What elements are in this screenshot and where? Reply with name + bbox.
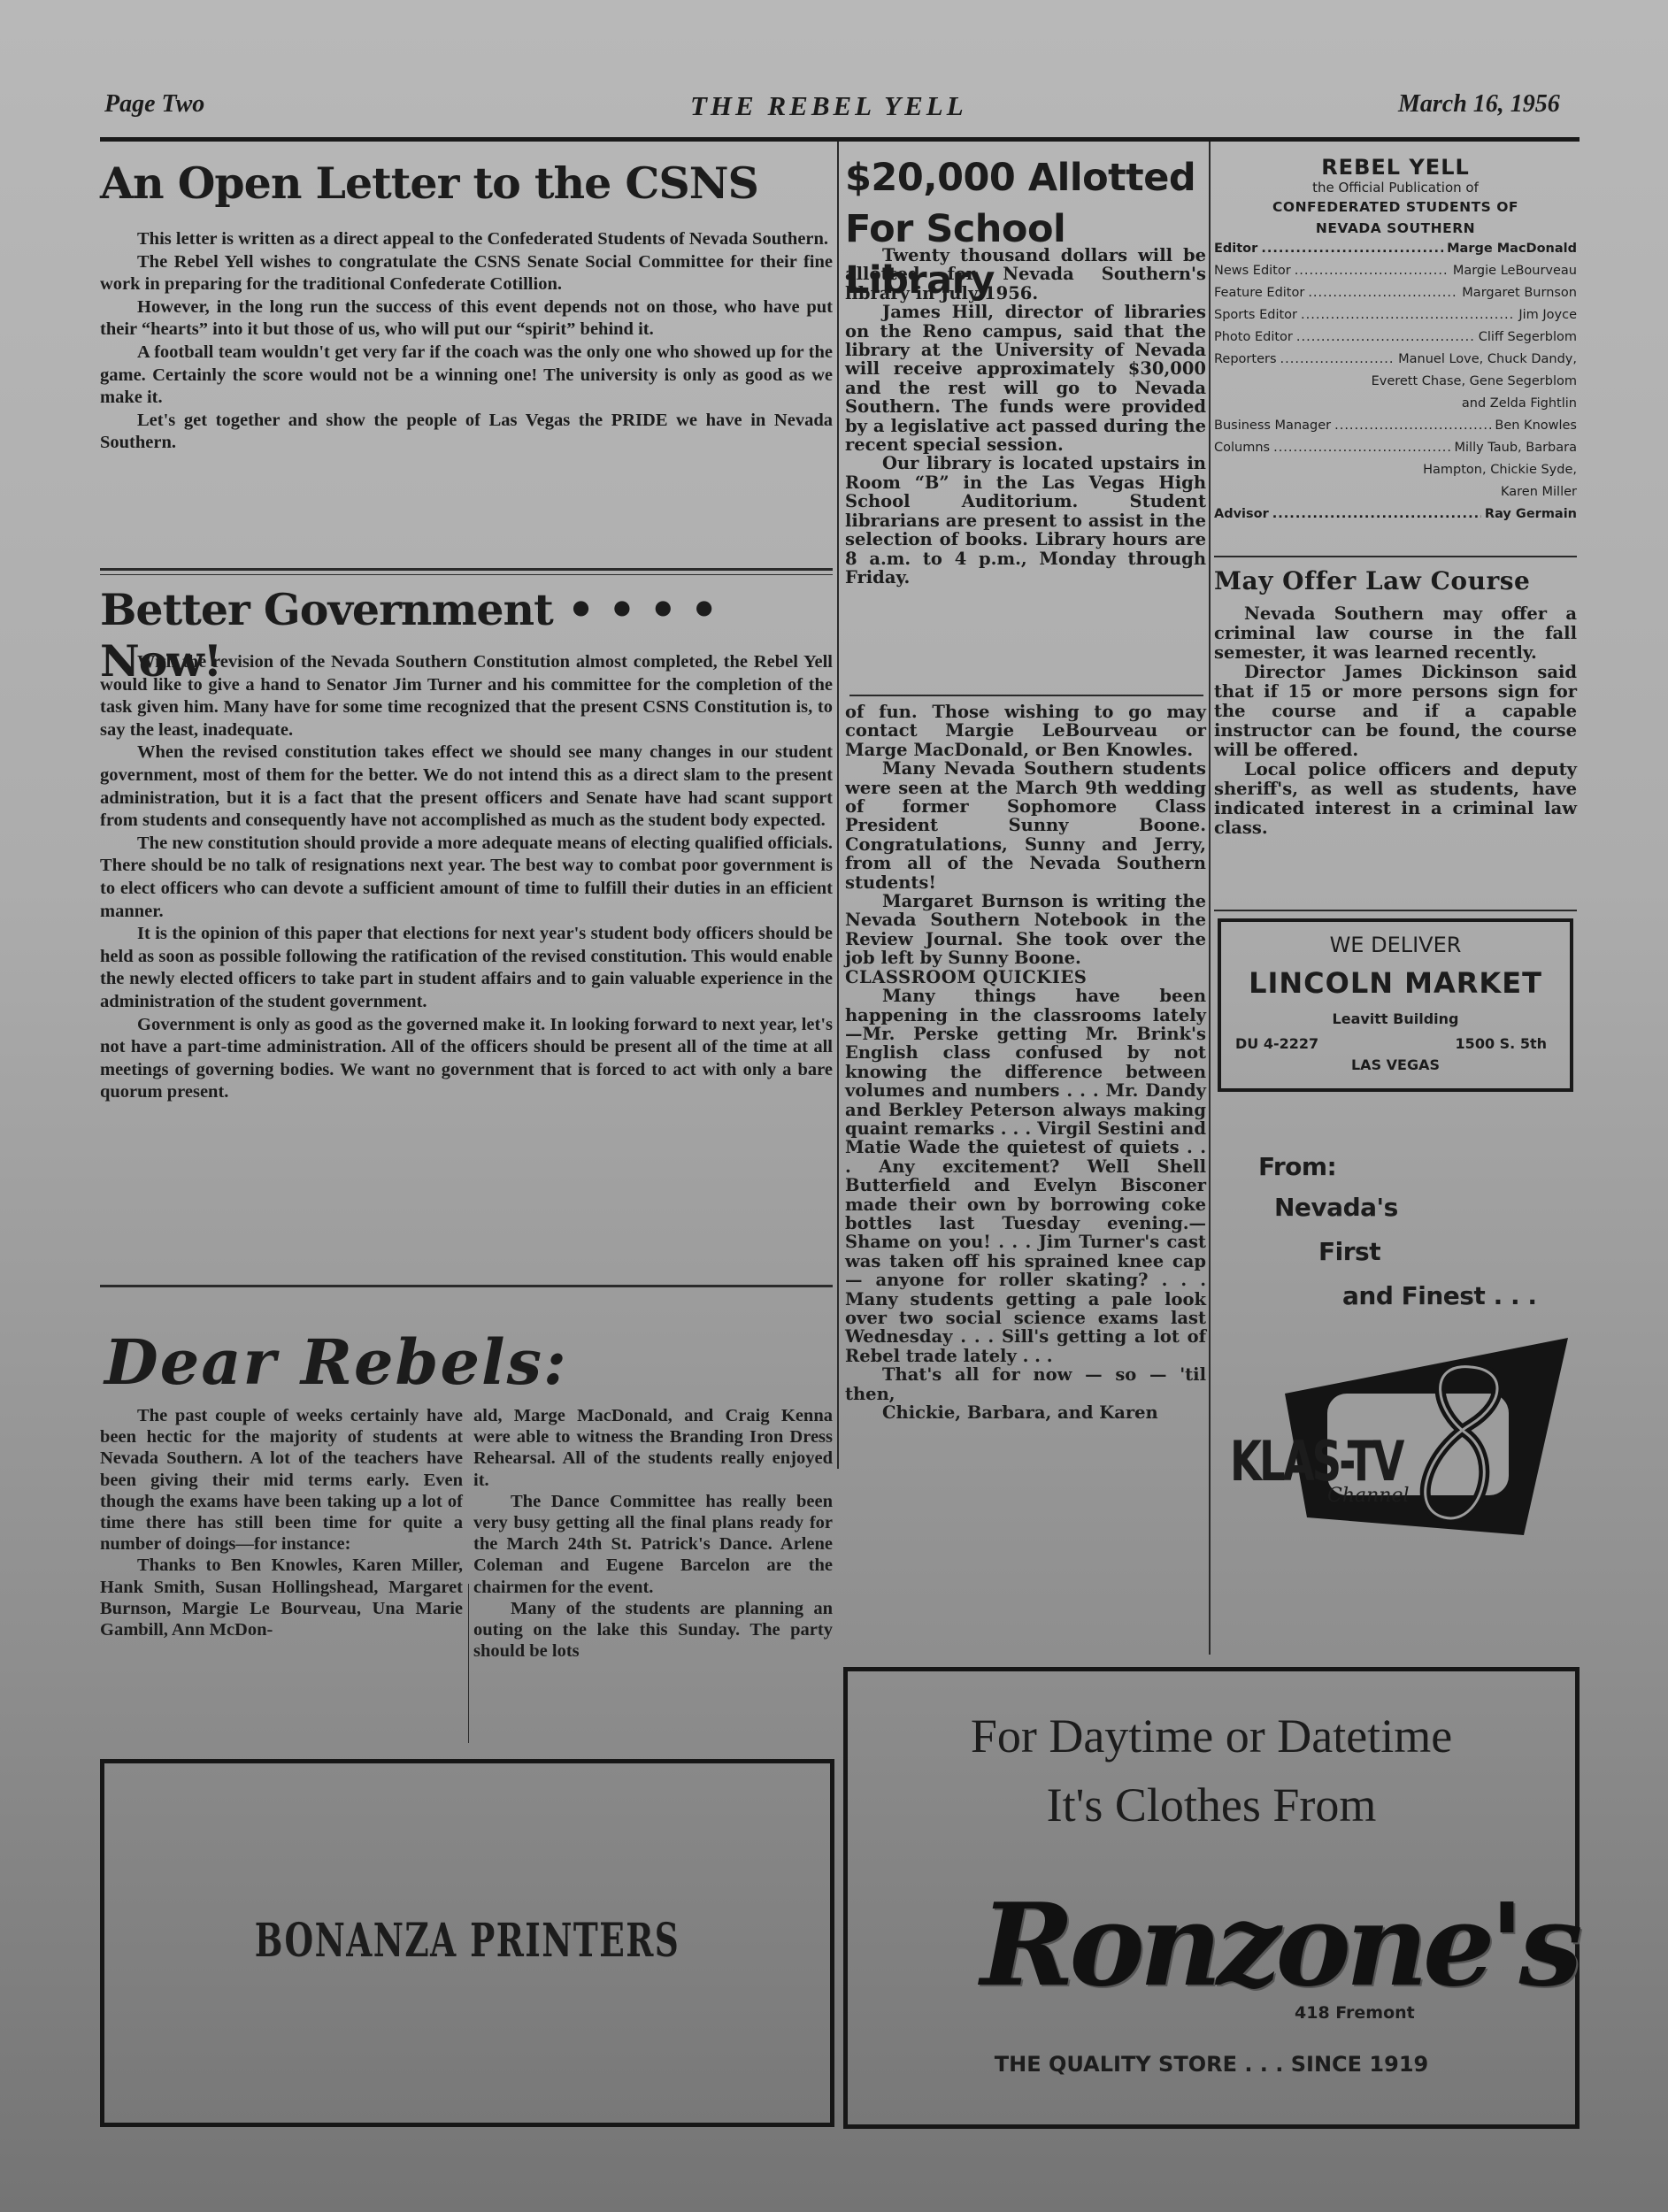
section-rule [100,1285,833,1287]
staff-continuation: Karen Miller [1214,481,1577,503]
dear-rebels-col2: ald, Marge MacDonald, and Craig Kenna we… [473,1405,833,1662]
paragraph: Let's get together and show the people o… [100,410,833,455]
paragraph: Margaret Burnson is writing the Nevada S… [845,892,1206,968]
paragraph: Twenty thousand dollars will be allotted… [845,246,1206,303]
ad-tagline: It's Clothes From [848,1778,1575,1832]
leader-dots [1295,260,1449,282]
paragraph: When the revised constitution takes effe… [100,741,833,832]
header-rule [100,137,1580,142]
ad-address: 1500 S. 5th [1456,1035,1547,1052]
article-open-letter: This letter is written as a direct appea… [100,228,833,455]
paragraph: This letter is written as a direct appea… [100,228,833,251]
section-rule [1214,910,1577,911]
paragraph: Director James Dickinson said that if 15… [1214,663,1577,760]
paragraph: With the revision of the Nevada Southern… [100,651,833,741]
staff-row: Sports EditorJim Joyce [1214,304,1577,326]
ad-line: From: [1258,1152,1336,1181]
staff-row: Business ManagerBen Knowles [1214,415,1577,437]
staff-row: ReportersManuel Love, Chuck Dandy, [1214,349,1577,371]
staff-role: Business Manager [1214,415,1331,437]
staff-continuation: and Zelda Fightlin [1214,393,1577,415]
staff-box: REBEL YELL the Official Publication of C… [1214,155,1577,526]
ad-brand-ronzones: Ronzone's [980,1879,1578,2012]
headline-line: $20,000 Allotted [845,152,1208,204]
staff-role: Editor [1214,238,1257,260]
leader-dots [1273,437,1450,459]
headline-law-course: May Offer Law Course [1214,566,1530,595]
article-library: Twenty thousand dollars will be allotted… [845,246,1206,587]
ad-tagline: For Daytime or Datetime [848,1709,1575,1763]
paragraph: However, in the long run the success of … [100,296,833,342]
staff-role: Columns [1214,437,1270,459]
ad-phone: DU 4-2227 [1235,1035,1318,1052]
ad-line: First [1318,1237,1380,1266]
column-rule [837,142,839,1469]
paragraph: Government is only as good as the govern… [100,1014,833,1104]
leader-dots [1261,238,1443,260]
ad-store-name: BONANZA PRINTERS [206,1914,728,1968]
staff-row: Photo EditorCliff Segerblom [1214,326,1577,349]
ad-line: WE DELIVER [1221,933,1570,957]
headline-dear-rebels: Dear Rebels: [104,1325,568,1399]
ad-address: 418 Fremont [1295,2003,1415,2023]
leader-dots [1296,326,1475,349]
staff-role: News Editor [1214,260,1291,282]
ad-store-name: LINCOLN MARKET [1221,966,1570,1000]
staff-continuation: Everett Chase, Gene Segerblom [1214,371,1577,393]
ad-slogan: THE QUALITY STORE . . . SINCE 1919 [848,2052,1575,2077]
issue-date: March 16, 1956 [1398,90,1560,119]
leader-dots [1272,503,1481,526]
staff-name: Manuel Love, Chuck Dandy, [1398,349,1577,371]
section-rule [849,695,1203,696]
subhead-classroom-quickies: CLASSROOM QUICKIES [845,968,1206,987]
paragraph: The past couple of weeks certainly have … [100,1405,463,1555]
paragraph: of fun. Those wishing to go may contact … [845,703,1206,759]
article-better-government: With the revision of the Nevada Southern… [100,651,833,1104]
leader-dots [1334,415,1491,437]
staff-org: CONFEDERATED STUDENTS OF [1214,196,1577,219]
paragraph: The Dance Committee has really been very… [473,1491,833,1598]
paragraph: James Hill, director of libraries on the… [845,303,1206,454]
staff-role: Advisor [1214,503,1269,526]
leader-dots [1280,349,1395,371]
staff-name: Cliff Segerblom [1479,326,1577,349]
headline-open-letter: An Open Letter to the CSNS [100,157,833,209]
staff-name: Margie LeBourveau [1453,260,1577,282]
staff-name: Jim Joyce [1518,304,1577,326]
paragraph: It is the opinion of this paper that ele… [100,923,833,1013]
section-rule [1214,556,1577,557]
leader-dots [1301,304,1515,326]
ad-line: Nevada's [1274,1193,1398,1222]
paragraph: Local police officers and deputy sheriff… [1214,760,1577,838]
article-law-course: Nevada Southern may offer a criminal law… [1214,604,1577,838]
staff-role: Sports Editor [1214,304,1297,326]
emphasis: PRIDE [611,411,668,430]
section-rule [100,568,833,571]
ad-lincoln-market[interactable]: WE DELIVER LINCOLN MARKET Leavitt Buildi… [1218,918,1573,1092]
staff-role: Photo Editor [1214,326,1293,349]
staff-row: News EditorMargie LeBourveau [1214,260,1577,282]
paragraph: That's all for now — so — 'til then, [845,1365,1206,1403]
staff-continuation: Hampton, Chickie Syde, [1214,459,1577,481]
paragraph: Thanks to Ben Knowles, Karen Miller, Han… [100,1555,463,1640]
staff-row-advisor: Advisor Ray Germain [1214,503,1577,526]
staff-row: ColumnsMilly Taub, Barbara [1214,437,1577,459]
ad-bonanza-printers[interactable]: BONANZA PRINTERS [100,1759,834,2127]
page-number: Page Two [104,90,204,119]
staff-org: NEVADA SOUTHERN [1214,219,1577,238]
dear-rebels-continued: of fun. Those wishing to go may contact … [845,703,1206,1422]
ad-channel-label: Channel [1327,1485,1410,1507]
paragraph: Nevada Southern may offer a criminal law… [1214,604,1577,663]
paragraph: Many Nevada Southern students were seen … [845,759,1206,892]
staff-subtitle: the Official Publication of [1214,180,1577,196]
paragraph: The Rebel Yell wishes to congratulate th… [100,251,833,296]
paragraph: Many things have been happening in the c… [845,987,1206,1365]
paragraph: Many of the students are planning an out… [473,1598,833,1663]
ad-building: Leavitt Building [1221,1010,1570,1027]
text: Let's get together and show the people o… [137,411,611,430]
signature: Chickie, Barbara, and Karen [845,1403,1206,1422]
paragraph: The new constitution should provide a mo… [100,833,833,923]
ad-city: LAS VEGAS [1221,1056,1570,1073]
staff-name: Margaret Burnson [1462,282,1577,304]
staff-name: Milly Taub, Barbara [1455,437,1577,459]
staff-name: Marge MacDonald [1447,238,1577,260]
paragraph: A football team wouldn't get very far if… [100,342,833,410]
staff-title: REBEL YELL [1214,155,1577,180]
staff-row: EditorMarge MacDonald [1214,238,1577,260]
masthead: THE REBEL YELL [690,90,967,122]
column-rule [1209,142,1211,1655]
staff-role: Reporters [1214,349,1277,371]
ad-ronzones[interactable]: For Daytime or Datetime It's Clothes Fro… [843,1667,1580,2129]
ad-line: and Finest . . . [1342,1281,1536,1310]
paragraph: ald, Marge MacDonald, and Craig Kenna we… [473,1405,833,1491]
section-rule [100,574,833,575]
staff-row: Feature EditorMargaret Burnson [1214,282,1577,304]
leader-dots [1308,282,1458,304]
dear-rebels-col1: The past couple of weeks certainly have … [100,1405,463,1640]
ad-klas-tv[interactable]: From: Nevada's First and Finest . . . KL… [1214,1133,1577,1655]
staff-role: Feature Editor [1214,282,1304,304]
paragraph: Our library is located upstairs in Room … [845,454,1206,587]
staff-name: Ben Knowles [1495,415,1577,437]
staff-name: Ray Germain [1485,503,1577,526]
column-rule [468,1584,469,1743]
